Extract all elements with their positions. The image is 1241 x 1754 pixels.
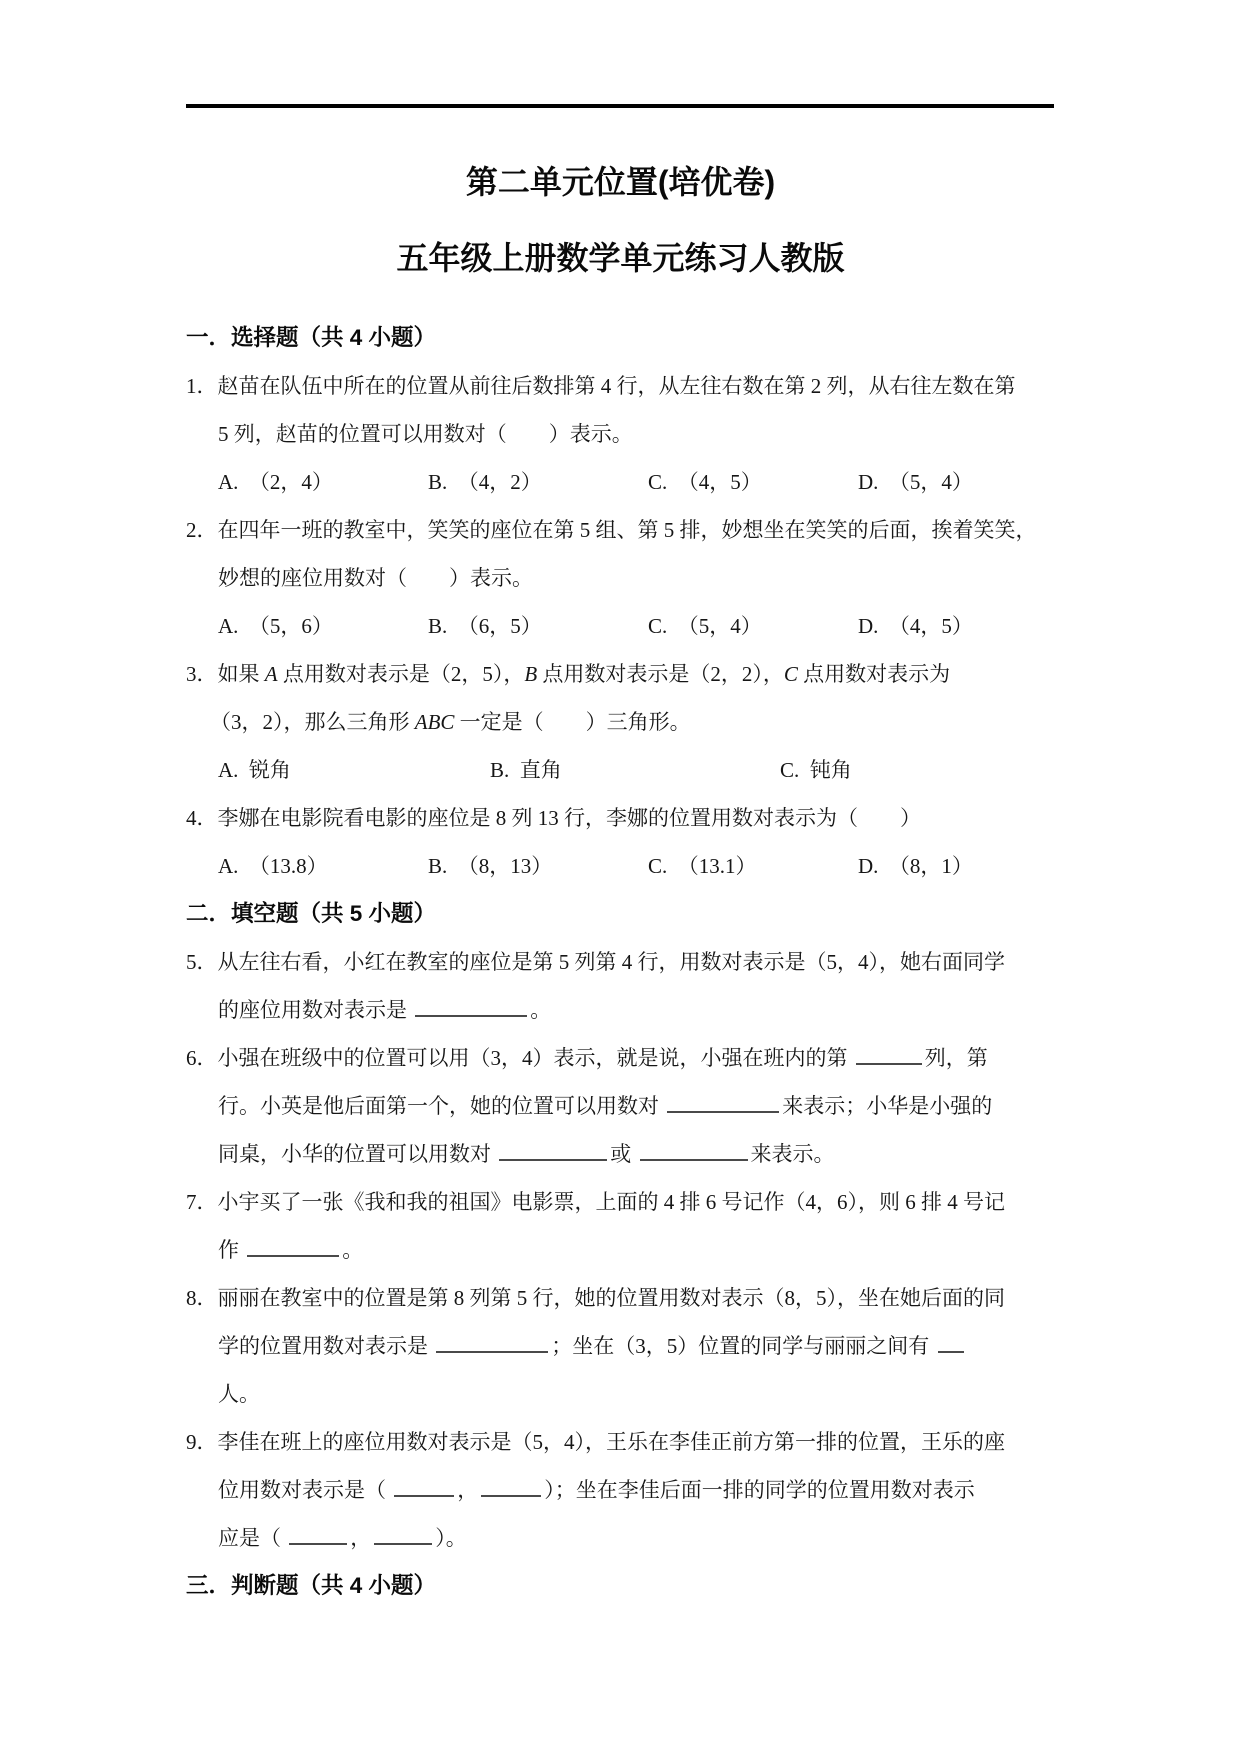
text-segment: 4．李娜在电影院看电影的座位是 8 列 13 行，李娜的位置用数对表示为（ ） [186,806,921,830]
answer-blank[interactable] [374,1523,432,1545]
q3-line-1: 3．如果 A 点用数对表示是（2，5），B 点用数对表示是（2，2），C 点用数… [0,650,1241,698]
text-segment: C [784,662,798,686]
choice-c[interactable]: C. 钝角 [780,746,852,794]
choice-d[interactable]: D. （8，1） [858,842,973,890]
text-segment: 来表示；小华是小强的 [782,1094,992,1118]
choice-a[interactable]: A. （13.8） [218,842,328,890]
text-segment: 三．判断题（共 4 小题） [186,1573,436,1598]
answer-blank[interactable] [415,995,527,1017]
choice-b[interactable]: B. （4，2） [428,458,542,506]
text-segment: ）。 [435,1526,467,1550]
text-segment: 。 [530,998,551,1022]
text-segment: ， [350,1526,371,1550]
choice-c[interactable]: C. （4，5） [648,458,762,506]
text-segment: （3，2），那么三角形 [210,710,415,734]
choice-a[interactable]: A. 锐角 [218,746,291,794]
text-segment: ）；坐在李佳后面一排的同学的位置用数对表示 [544,1478,975,1502]
q8-line-2: 学的位置用数对表示是 ；坐在（3，5）位置的同学与丽丽之间有 [0,1322,1241,1370]
text-segment: 。 [342,1238,363,1262]
answer-blank[interactable] [499,1139,607,1161]
choice-b[interactable]: B. （8，13） [428,842,552,890]
text-segment: 学的位置用数对表示是 [218,1334,433,1358]
answer-blank[interactable] [394,1475,454,1497]
choice-b[interactable]: B. 直角 [490,746,562,794]
section-2-heading: 二．填空题（共 5 小题） [0,890,1241,938]
text-segment: 点用数对表示是（2，5）， [278,662,525,686]
text-segment: 一定是（ ）三角形。 [454,710,690,734]
text-segment: 9．李佳在班上的座位用数对表示是（5，4），王乐在李佳正前方第一排的位置，王乐的… [186,1430,1005,1454]
q2-line-2: 妙想的座位用数对（ ）表示。 [0,554,1241,602]
text-segment: 点用数对表示为 [798,662,950,686]
q1-choices: A. （2，4）B. （4，2）C. （4，5）D. （5，4） [0,458,1241,506]
answer-blank[interactable] [856,1043,922,1065]
text-segment: 的座位用数对表示是 [218,998,412,1022]
header-rule [186,104,1054,108]
worksheet-page: 第二单元位置(培优卷) 五年级上册数学单元练习人教版 一．选择题（共 4 小题）… [0,0,1241,1754]
q8-line-3: 人。 [0,1370,1241,1418]
q2-choices: A. （5，6）B. （6，5）C. （5，4）D. （4，5） [0,602,1241,650]
text-segment: 2．在四年一班的教室中，笑笑的座位在第 5 组、第 5 排，妙想坐在笑笑的后面，… [186,518,1037,542]
page-title: 第二单元位置(培优卷) [0,162,1241,202]
q2-line-1: 2．在四年一班的教室中，笑笑的座位在第 5 组、第 5 排，妙想坐在笑笑的后面，… [0,506,1241,554]
text-segment: 行。小英是他后面第一个，她的位置可以用数对 [218,1094,664,1118]
text-segment: 8．丽丽在教室中的位置是第 8 列第 5 行，她的位置用数对表示（8，5），坐在… [186,1286,1005,1310]
text-segment: ；坐在（3，5）位置的同学与丽丽之间有 [551,1334,934,1358]
text-segment: 应是（ [218,1526,286,1550]
q5-line-2: 的座位用数对表示是 。 [0,986,1241,1034]
text-segment: 人。 [218,1382,260,1406]
answer-blank[interactable] [289,1523,347,1545]
q3-line-2: （3，2），那么三角形 ABC 一定是（ ）三角形。 [0,698,1241,746]
answer-blank[interactable] [481,1475,541,1497]
q4-line-1: 4．李娜在电影院看电影的座位是 8 列 13 行，李娜的位置用数对表示为（ ） [0,794,1241,842]
text-segment: 一．选择题（共 4 小题） [186,325,436,350]
text-segment: 或 [610,1142,636,1166]
text-segment: ABC [415,710,455,734]
text-segment: 7．小宇买了一张《我和我的祖国》电影票，上面的 4 排 6 号记作（4，6），则… [186,1190,1005,1214]
text-segment: 同桌，小华的位置可以用数对 [218,1142,496,1166]
text-segment: 来表示。 [751,1142,835,1166]
answer-blank[interactable] [667,1091,779,1113]
text-segment: 5．从左往右看，小红在教室的座位是第 5 列第 4 行，用数对表示是（5，4），… [186,950,1005,974]
q7-line-2: 作 。 [0,1226,1241,1274]
text-segment: 6．小强在班级中的位置可以用（3，4）表示，就是说，小强在班内的第 [186,1046,853,1070]
text-segment: 作 [218,1238,244,1262]
worksheet-body: 一．选择题（共 4 小题）1．赵苗在队伍中所在的位置从前往后数排第 4 行，从左… [0,314,1241,1610]
q1-line-1: 1．赵苗在队伍中所在的位置从前往后数排第 4 行，从左往右数在第 2 列，从右往… [0,362,1241,410]
q8-line-1: 8．丽丽在教室中的位置是第 8 列第 5 行，她的位置用数对表示（8，5），坐在… [0,1274,1241,1322]
answer-blank[interactable] [436,1331,548,1353]
q1-line-2: 5 列，赵苗的位置可以用数对（ ）表示。 [0,410,1241,458]
text-segment: 二．填空题（共 5 小题） [186,901,436,926]
text-segment: 位用数对表示是（ [218,1478,391,1502]
choice-a[interactable]: A. （2，4） [218,458,333,506]
choice-c[interactable]: C. （5，4） [648,602,762,650]
section-1-heading: 一．选择题（共 4 小题） [0,314,1241,362]
text-segment: 1．赵苗在队伍中所在的位置从前往后数排第 4 行，从左往右数在第 2 列，从右往… [186,374,1016,398]
text-segment: 妙想的座位用数对（ ）表示。 [218,566,533,590]
q9-line-3: 应是（ ，）。 [0,1514,1241,1562]
q9-line-1: 9．李佳在班上的座位用数对表示是（5，4），王乐在李佳正前方第一排的位置，王乐的… [0,1418,1241,1466]
q9-line-2: 位用数对表示是（ ，）；坐在李佳后面一排的同学的位置用数对表示 [0,1466,1241,1514]
text-segment: A [265,662,278,686]
choice-b[interactable]: B. （6，5） [428,602,542,650]
page-subtitle: 五年级上册数学单元练习人教版 [0,238,1241,278]
text-segment: 5 列，赵苗的位置可以用数对（ ）表示。 [218,422,633,446]
q6-line-3: 同桌，小华的位置可以用数对 或 来表示。 [0,1130,1241,1178]
choice-a[interactable]: A. （5，6） [218,602,333,650]
q3-choices: A. 锐角B. 直角C. 钝角 [0,746,1241,794]
section-3-heading: 三．判断题（共 4 小题） [0,1562,1241,1610]
text-segment: 点用数对表示是（2，2）， [537,662,784,686]
text-segment: 3．如果 [186,662,265,686]
text-segment: B [524,662,537,686]
q5-line-1: 5．从左往右看，小红在教室的座位是第 5 列第 4 行，用数对表示是（5，4），… [0,938,1241,986]
q6-line-2: 行。小英是他后面第一个，她的位置可以用数对 来表示；小华是小强的 [0,1082,1241,1130]
answer-blank[interactable] [640,1139,748,1161]
choice-c[interactable]: C. （13.1） [648,842,757,890]
q4-choices: A. （13.8）B. （8，13）C. （13.1）D. （8，1） [0,842,1241,890]
q7-line-1: 7．小宇买了一张《我和我的祖国》电影票，上面的 4 排 6 号记作（4，6），则… [0,1178,1241,1226]
text-segment: 列，第 [925,1046,988,1070]
q6-line-1: 6．小强在班级中的位置可以用（3，4）表示，就是说，小强在班内的第 列，第 [0,1034,1241,1082]
answer-blank[interactable] [938,1331,964,1353]
text-segment: ， [457,1478,478,1502]
choice-d[interactable]: D. （4，5） [858,602,973,650]
choice-d[interactable]: D. （5，4） [858,458,973,506]
answer-blank[interactable] [247,1235,339,1257]
